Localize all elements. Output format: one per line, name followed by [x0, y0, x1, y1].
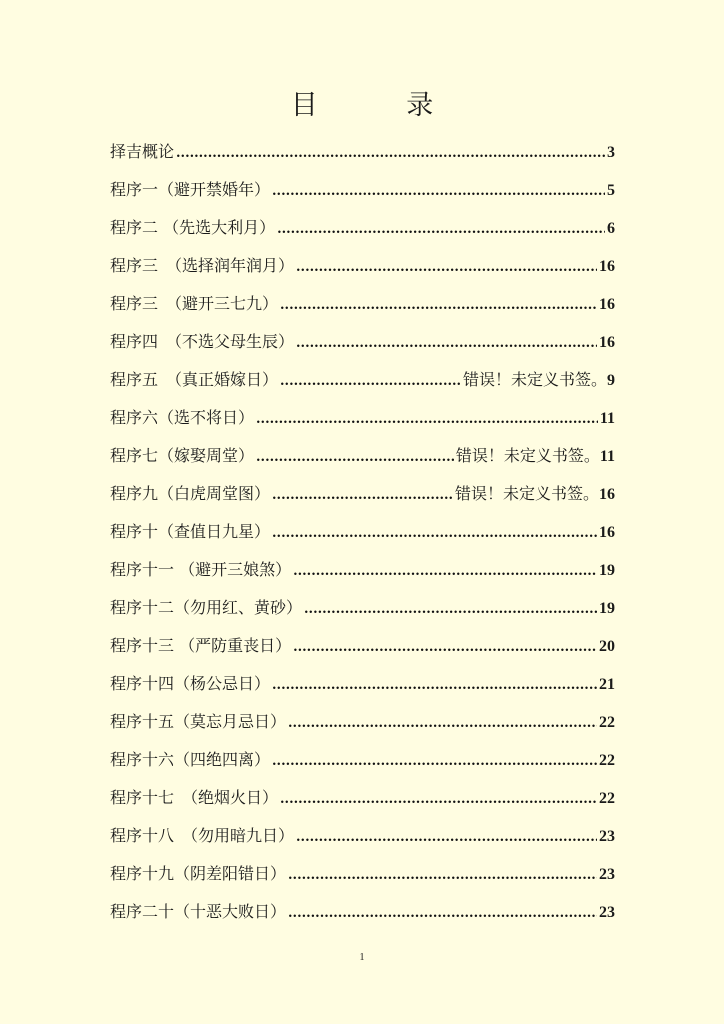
toc-entry-page: 22 — [599, 785, 615, 813]
toc-leader-dots — [280, 786, 597, 814]
toc-entry-label: 程序二十（十恶大败日） — [110, 898, 286, 926]
toc-entry-page: 11 — [600, 405, 615, 433]
toc-entry-11[interactable]: 程序十一 （避开三娘煞）19 — [110, 556, 615, 594]
table-of-contents: 择吉概论3 程序一（避开禁婚年）5 程序二 （先选大利月）6 程序三 （选择润年… — [110, 138, 615, 936]
toc-entry-label: 程序三 （避开三七九） — [110, 290, 278, 318]
toc-entry-4[interactable]: 程序三 （避开三七九）16 — [110, 290, 615, 328]
toc-entry-label: 择吉概论 — [110, 138, 174, 166]
toc-entry-label: 程序七（嫁娶周堂） — [110, 442, 254, 470]
toc-entry-label: 程序四 （不选父母生辰） — [110, 328, 294, 356]
toc-entry-16[interactable]: 程序十六（四绝四离）22 — [110, 746, 615, 784]
toc-entry-12[interactable]: 程序十二（勿用红、黄砂）19 — [110, 594, 615, 632]
toc-leader-dots — [288, 710, 597, 738]
toc-leader-dots — [272, 520, 597, 548]
toc-leader-dots — [272, 748, 597, 776]
toc-leader-dots — [256, 444, 454, 472]
toc-entry-page: 16 — [599, 291, 615, 319]
toc-entry-error: 错误！未定义书签。 — [455, 480, 599, 508]
toc-entry-1[interactable]: 程序一（避开禁婚年）5 — [110, 176, 615, 214]
toc-entry-label: 程序十八 （勿用暗九日） — [110, 822, 294, 850]
toc-leader-dots — [288, 900, 597, 928]
toc-leader-dots — [296, 254, 597, 282]
toc-entry-page: 6 — [607, 215, 615, 243]
toc-entry-label: 程序十（查值日九星） — [110, 518, 270, 546]
toc-entry-label: 程序六（选不将日） — [110, 404, 254, 432]
toc-leader-dots — [272, 178, 605, 206]
toc-entry-label: 程序十四（杨公忌日） — [110, 670, 270, 698]
toc-leader-dots — [280, 292, 597, 320]
toc-entry-error: 错误！未定义书签。 — [463, 366, 607, 394]
toc-entry-label: 程序一（避开禁婚年） — [110, 176, 270, 204]
toc-leader-dots — [288, 862, 597, 890]
toc-leader-dots — [277, 216, 605, 244]
toc-leader-dots — [296, 330, 597, 358]
toc-entry-3[interactable]: 程序三 （选择润年润月）16 — [110, 252, 615, 290]
toc-entry-page: 16 — [599, 329, 615, 357]
toc-leader-dots — [272, 482, 453, 510]
toc-entry-label: 程序九（白虎周堂图） — [110, 480, 270, 508]
toc-leader-dots — [293, 558, 597, 586]
toc-leader-dots — [176, 140, 605, 168]
toc-entry-page: 23 — [599, 823, 615, 851]
page-title: 目 录 — [0, 88, 724, 124]
toc-entry-error: 错误！未定义书签。 — [456, 442, 600, 470]
toc-entry-page: 16 — [599, 253, 615, 281]
toc-entry-7[interactable]: 程序六（选不将日）11 — [110, 404, 615, 442]
toc-leader-dots — [272, 672, 597, 700]
toc-entry-6[interactable]: 程序五 （真正婚嫁日）错误！未定义书签。9 — [110, 366, 615, 404]
toc-entry-page: 19 — [599, 595, 615, 623]
toc-leader-dots — [296, 824, 597, 852]
toc-entry-17[interactable]: 程序十七 （绝烟火日）22 — [110, 784, 615, 822]
toc-entry-page: 16 — [599, 481, 615, 509]
toc-entry-page: 3 — [607, 139, 615, 167]
toc-entry-label: 程序十三 （严防重丧日） — [110, 632, 291, 660]
toc-entry-5[interactable]: 程序四 （不选父母生辰）16 — [110, 328, 615, 366]
toc-entry-label: 程序十七 （绝烟火日） — [110, 784, 278, 812]
toc-entry-page: 9 — [607, 367, 615, 395]
toc-entry-8[interactable]: 程序七（嫁娶周堂）错误！未定义书签。11 — [110, 442, 615, 480]
toc-leader-dots — [256, 406, 598, 434]
toc-entry-9[interactable]: 程序九（白虎周堂图）错误！未定义书签。16 — [110, 480, 615, 518]
toc-leader-dots — [293, 634, 597, 662]
toc-entry-label: 程序五 （真正婚嫁日） — [110, 366, 278, 394]
toc-entry-13[interactable]: 程序十三 （严防重丧日）20 — [110, 632, 615, 670]
toc-entry-page: 16 — [599, 519, 615, 547]
toc-entry-page: 23 — [599, 861, 615, 889]
toc-entry-page: 22 — [599, 709, 615, 737]
toc-entry-18[interactable]: 程序十八 （勿用暗九日）23 — [110, 822, 615, 860]
toc-entry-label: 程序十一 （避开三娘煞） — [110, 556, 291, 584]
toc-entry-2[interactable]: 程序二 （先选大利月）6 — [110, 214, 615, 252]
toc-entry-20[interactable]: 程序二十（十恶大败日）23 — [110, 898, 615, 936]
toc-entry-19[interactable]: 程序十九（阴差阳错日）23 — [110, 860, 615, 898]
page-number: 1 — [0, 952, 724, 963]
toc-entry-label: 程序十五（莫忘月忌日） — [110, 708, 286, 736]
toc-entry-15[interactable]: 程序十五（莫忘月忌日）22 — [110, 708, 615, 746]
toc-entry-page: 11 — [600, 443, 615, 471]
toc-entry-label: 程序二 （先选大利月） — [110, 214, 275, 242]
toc-entry-label: 程序三 （选择润年润月） — [110, 252, 294, 280]
toc-entry-page: 21 — [599, 671, 615, 699]
toc-entry-0[interactable]: 择吉概论3 — [110, 138, 615, 176]
toc-leader-dots — [280, 368, 461, 396]
toc-entry-14[interactable]: 程序十四（杨公忌日）21 — [110, 670, 615, 708]
toc-entry-label: 程序十九（阴差阳错日） — [110, 860, 286, 888]
toc-entry-page: 5 — [607, 177, 615, 205]
toc-entry-page: 23 — [599, 899, 615, 927]
toc-entry-page: 20 — [599, 633, 615, 661]
toc-leader-dots — [304, 596, 597, 624]
toc-entry-page: 22 — [599, 747, 615, 775]
toc-entry-label: 程序十六（四绝四离） — [110, 746, 270, 774]
toc-entry-page: 19 — [599, 557, 615, 585]
toc-entry-10[interactable]: 程序十（查值日九星）16 — [110, 518, 615, 556]
toc-entry-label: 程序十二（勿用红、黄砂） — [110, 594, 302, 622]
